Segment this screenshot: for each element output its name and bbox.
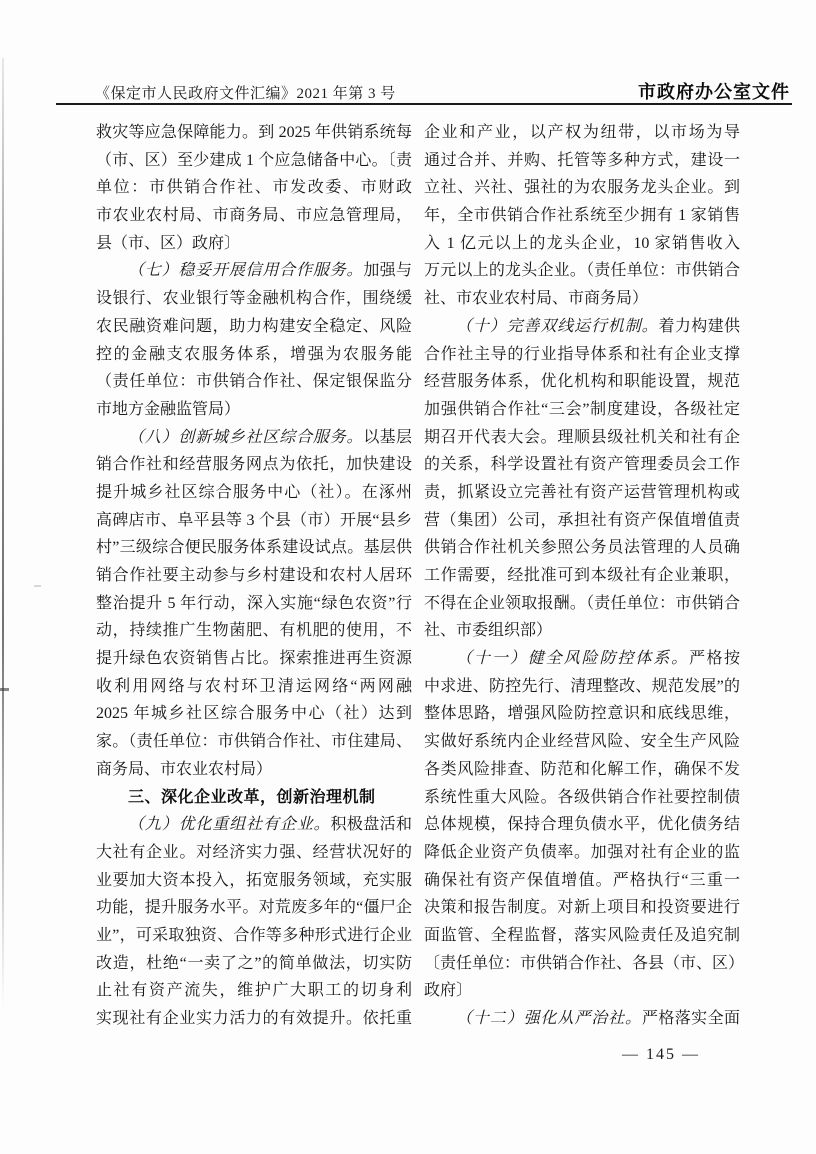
text-line: 通过合并、并购、托管等多种方式，建设一批 [424,147,740,175]
text-line: 实现社有企业实力活力的有效提升。依托重点 [96,1005,412,1033]
document-page: 《保定市人民政府文件汇编》2021 年第 3 号 市政府办公室文件 救灾等应急保… [0,0,816,1154]
paragraph-start-line: （十一）健全风险防控体系。严格按照“稳 [424,645,740,673]
text-line: 供销合作社机关参照公务员法管理的人员确因 [424,534,740,562]
text-line: 经营服务体系，优化机构和职能设置，规范和 [424,368,740,396]
text-line: 不得在企业领取报酬。（责任单位：市供销合作 [424,590,740,618]
text-line: 年，全市供销合作社系统至少拥有 1 家销售收 [424,202,740,230]
paragraph-lead: （七）稳妥开展信用合作服务。 [128,262,363,279]
text-line: 高碑店市、阜平县等 3 个县（市）开展“县乡 [96,507,412,535]
text-line: 大社有企业。对经济实力强、经营状况好的企 [96,839,412,867]
text-line: 决策和报告制度。对新上项目和投资要进行全 [424,894,740,922]
text-line: 村”三级综合便民服务体系建设试点。基层供 [96,534,412,562]
text-line: 整体思路，增强风险防控意识和底线思维，切 [424,700,740,728]
text-line: 实做好系统内企业经营风险、安全生产风险等 [424,728,740,756]
text-line: 加强供销合作社“三会”制度建设，各级社定 [424,396,740,424]
text-line: 社、市农业农村局、市商务局） [424,285,740,313]
text-line: 功能，提升服务水平。对荒废多年的“僵尸企 [96,894,412,922]
text-column-left: 救灾等应急保障能力。到 2025 年供销系统每县（市、区）至少建成 1 个应急储… [96,119,412,1035]
text-line: 提升城乡社区综合服务中心（社）。在涿州市、 [96,479,412,507]
scan-artifact-left-edge [2,58,4,1008]
page-number: — 145 — [0,1046,700,1064]
paragraph-start-line: （十）完善双线运行机制。着力构建供销 [424,313,740,341]
text-line: 设银行、农业银行等金融机构合作，围绕缓解 [96,285,412,313]
text-line: 系统性重大风险。各级供销合作社要控制债务 [424,784,740,812]
paragraph-start-line: （八）创新城乡社区综合服务。以基层供 [96,424,412,452]
text-column-right: 企业和产业，以产权为纽带，以市场为导向，通过合并、并购、托管等多种方式，建设一批… [424,119,740,1035]
text-line: 家。（责任单位：市供销合作社、市住建局、市 [96,728,412,756]
text-line: 止社有资产流失，维护广大职工的切身利益， [96,977,412,1005]
text-line: 总体规模，保持合理负债水平，优化债务结构， [424,811,740,839]
text-line: 责，抓紧设立完善社有资产运营管理机构或运 [424,479,740,507]
header-right-title: 市政府办公室文件 [638,78,790,104]
text-line: 入 1 亿元以上的龙头企业，10 家销售收入 5000 [424,230,740,258]
text-line: 业”，可采取独资、合作等多种形式进行企业 [96,922,412,950]
text-line: 各类风险排查、防范和化解工作，确保不发生 [424,756,740,784]
text-line: 县（市、区）政府〕 [96,230,412,258]
text-line: 面监管、全程监督，落实风险责任及追究制度。 [424,922,740,950]
text-line: （市、区）至少建成 1 个应急储备中心。〔责任 [96,147,412,175]
text-line: 〔责任单位：市供销合作社、各县（市、区） [424,950,740,978]
text-line: 单位：市供销合作社、市发改委、市财政局、 [96,174,412,202]
text-line: 收利用网络与农村环卫清运网络“两网融合”。 [96,673,412,701]
paragraph-lead: （十二）强化从严治社。 [456,1010,642,1027]
header-rule [56,103,792,105]
text-line: 业要加大资本投入，拓宽服务领域，充实服务 [96,867,412,895]
text-line: 市农业农村局、市商务局、市应急管理局，各 [96,202,412,230]
text-line: 营（集团）公司，承担社有资产保值增值责任。 [424,507,740,535]
header-left-title: 《保定市人民政府文件汇编》2021 年第 3 号 [95,82,396,103]
scan-artifact-tick [0,688,9,691]
text-line: 改造，杜绝“一卖了之”的简单做法，切实防 [96,950,412,978]
text-line: 商务局、市农业农村局） [96,756,412,784]
text-line: 政府〕 [424,977,740,1005]
text-line: 销合作社和经营服务网点为依托，加快建设和 [96,451,412,479]
paragraph-lead: （十一）健全风险防控体系。 [456,650,689,667]
text-line: 整治提升 5 年行动，深入实施“绿色农资”行 [96,590,412,618]
text-line: 社、市委组织部） [424,617,740,645]
text-line: 确保社有资产保值增值。严格执行“三重一大” [424,867,740,895]
page-header: 《保定市人民政府文件汇编》2021 年第 3 号 市政府办公室文件 [95,78,790,100]
paragraph-lead: （八）创新城乡社区综合服务。 [128,429,363,446]
text-line: 动，持续推广生物菌肥、有机肥的使用，不断 [96,617,412,645]
text-line: 工作需要，经批准可到本级社有企业兼职，但 [424,562,740,590]
section-heading: 三、深化企业改革，创新治理机制 [96,784,412,812]
text-line: 2025 年城乡社区综合服务中心（社）达到 2200 [96,700,412,728]
paragraph-lead: （十）完善双线运行机制。 [456,318,658,335]
text-line: 万元以上的龙头企业。（责任单位：市供销合作 [424,257,740,285]
paragraph-start-line: （九）优化重组社有企业。积极盘活和壮 [96,811,412,839]
text-line: 市地方金融监管局） [96,396,412,424]
text-line: 期召开代表大会。理顺县级社机关和社有企业 [424,424,740,452]
text-line: 中求进、防控先行、清理整改、规范发展”的 [424,673,740,701]
text-line: 销合作社要主动参与乡村建设和农村人居环境 [96,562,412,590]
text-line: 合作社主导的行业指导体系和社有企业支撑的 [424,341,740,369]
text-line: 立社、兴社、强社的为农服务龙头企业。到 2025 [424,174,740,202]
text-line: 降低企业资产负债率。加强对社有企业的监管， [424,839,740,867]
scan-artifact-smudge [34,585,41,587]
text-line: 提升绿色农资销售占比。探索推进再生资源回 [96,645,412,673]
text-line: （责任单位：市供销合作社、保定银保监分局、 [96,368,412,396]
document-body: 救灾等应急保障能力。到 2025 年供销系统每县（市、区）至少建成 1 个应急储… [96,119,740,1035]
text-line: 救灾等应急保障能力。到 2025 年供销系统每县 [96,119,412,147]
paragraph-start-line: （七）稳妥开展信用合作服务。加强与建 [96,257,412,285]
text-line: 企业和产业，以产权为纽带，以市场为导向， [424,119,740,147]
paragraph-start-line: （十二）强化从严治社。严格落实全面从 [424,1005,740,1033]
text-line: 控的金融支农服务体系，增强为农服务能力。 [96,341,412,369]
text-line: 的关系，科学设置社有资产管理委员会工作职 [424,451,740,479]
paragraph-lead: （九）优化重组社有企业。 [128,816,330,833]
text-line: 农民融资难问题，助力构建安全稳定、风险可 [96,313,412,341]
